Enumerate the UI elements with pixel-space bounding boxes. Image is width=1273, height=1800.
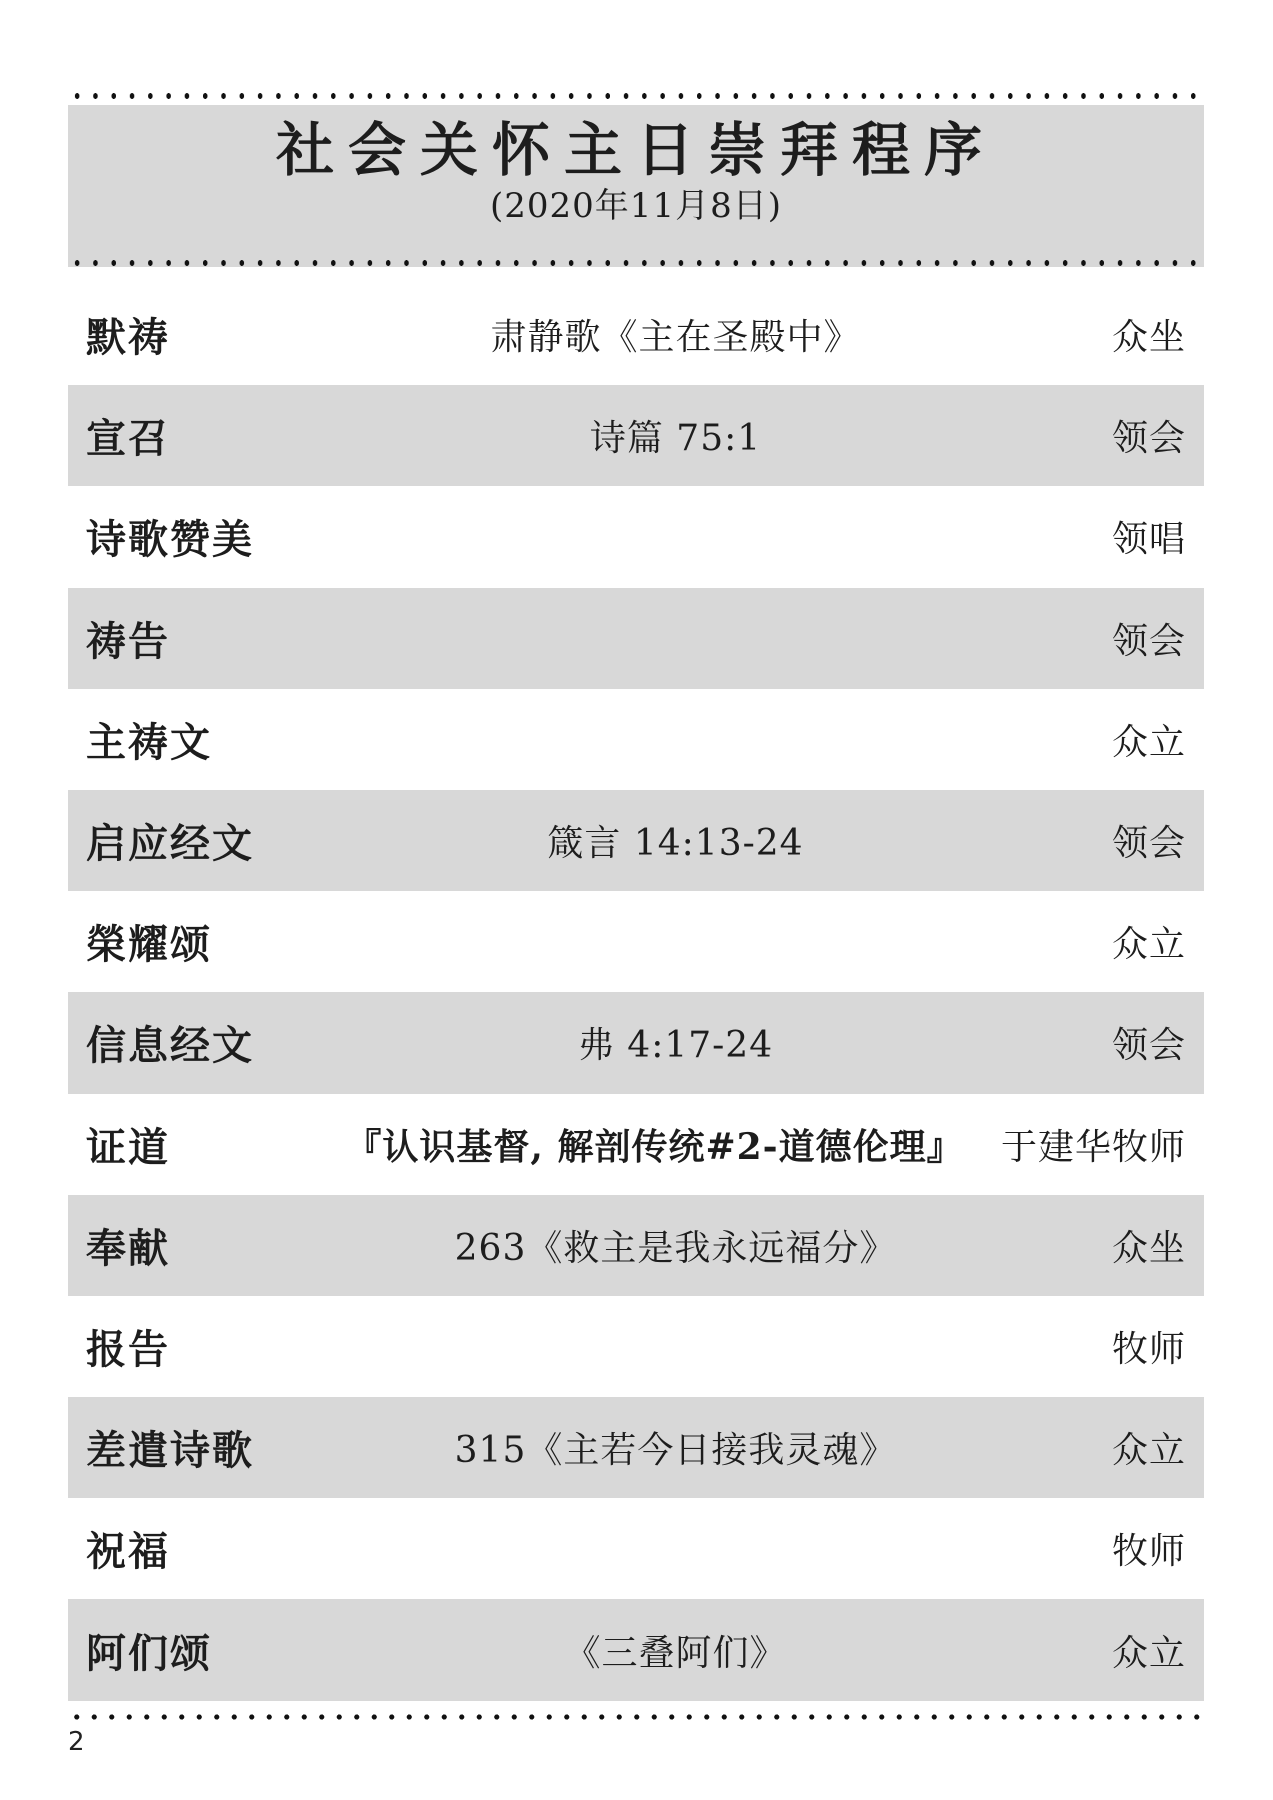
program-row: 启应经文 箴言 14:13-24 领会 [68, 790, 1204, 891]
program-item-label: 信息经文 [68, 1014, 308, 1071]
bulletin-page: 社会关怀主日崇拜程序 (2020年11月8日) 默祷 肃静歌《主在圣殿中》 众坐… [0, 0, 1273, 1800]
program-item-role: 众坐 [1043, 1220, 1204, 1271]
program-item-label: 报告 [68, 1318, 308, 1375]
footer-dotted-divider [68, 1713, 1204, 1721]
program-item-role: 于建华牧师 [1001, 1119, 1204, 1170]
program-item-role: 领会 [1043, 410, 1204, 461]
program-item-role: 众立 [1043, 1422, 1204, 1473]
program-item-label: 主祷文 [68, 711, 308, 768]
program-item-label: 差遣诗歌 [68, 1419, 308, 1476]
program-item-content: 《三叠阿们》 [308, 1625, 1043, 1676]
program-item-role: 众坐 [1043, 309, 1204, 360]
program-row: 证道 『认识基督, 解剖传统#2-道德伦理』 于建华牧师 [68, 1094, 1204, 1195]
program-row: 榮耀颂 众立 [68, 891, 1204, 992]
program-item-role: 牧师 [1043, 1523, 1204, 1574]
program-item-content: 肃静歌《主在圣殿中》 [308, 309, 1043, 360]
program-row: 主祷文 众立 [68, 689, 1204, 790]
program-item-role: 众立 [1043, 1625, 1204, 1676]
program-row: 奉献 263《救主是我永远福分》 众坐 [68, 1195, 1204, 1296]
program-item-role: 众立 [1043, 714, 1204, 765]
program-item-content: 『认识基督, 解剖传统#2-道德伦理』 [308, 1119, 1001, 1170]
program-row: 宣召 诗篇 75:1 领会 [68, 385, 1204, 486]
program-row: 默祷 肃静歌《主在圣殿中》 众坐 [68, 284, 1204, 385]
program-item-label: 祝福 [68, 1520, 308, 1577]
program-item-role: 领会 [1043, 815, 1204, 866]
service-date: (2020年11月8日) [490, 187, 782, 225]
header-dotted-divider-bottom [68, 259, 1204, 267]
program-row: 阿们颂 《三叠阿们》 众立 [68, 1599, 1204, 1700]
program-row: 祝福 牧师 [68, 1498, 1204, 1599]
program-item-content: 263《救主是我永远福分》 [308, 1220, 1043, 1271]
program-row: 差遣诗歌 315《主若今日接我灵魂》 众立 [68, 1397, 1204, 1498]
header-dotted-divider-top [68, 92, 1204, 100]
program-row: 报告 牧师 [68, 1296, 1204, 1397]
program-row: 诗歌赞美 领唱 [68, 486, 1204, 587]
program-item-role: 牧师 [1043, 1321, 1204, 1372]
program-item-role: 领唱 [1043, 511, 1204, 562]
program-item-label: 榮耀颂 [68, 913, 308, 970]
header-box: 社会关怀主日崇拜程序 (2020年11月8日) [68, 105, 1204, 267]
program-item-label: 祷告 [68, 610, 308, 667]
program-row: 祷告 领会 [68, 588, 1204, 689]
program-item-role: 领会 [1043, 1017, 1204, 1068]
program-item-content: 诗篇 75:1 [308, 410, 1043, 461]
program-row: 信息经文 弗 4:17-24 领会 [68, 992, 1204, 1093]
page-title: 社会关怀主日崇拜程序 [276, 117, 996, 183]
program-item-label: 证道 [68, 1116, 308, 1173]
program-item-content: 315《主若今日接我灵魂》 [308, 1422, 1043, 1473]
program-item-role: 领会 [1043, 613, 1204, 664]
page-number: 2 [68, 1727, 1204, 1757]
program-item-label: 奉献 [68, 1217, 308, 1274]
program-rows: 默祷 肃静歌《主在圣殿中》 众坐 宣召 诗篇 75:1 领会 诗歌赞美 领唱 祷… [68, 284, 1204, 1701]
program-item-content: 弗 4:17-24 [308, 1017, 1043, 1068]
program-item-label: 阿们颂 [68, 1622, 308, 1679]
program-item-label: 诗歌赞美 [68, 508, 308, 565]
program-item-content: 箴言 14:13-24 [308, 815, 1043, 866]
program-item-label: 启应经文 [68, 812, 308, 869]
program-item-label: 默祷 [68, 306, 308, 363]
program-item-role: 众立 [1043, 916, 1204, 967]
program-item-label: 宣召 [68, 407, 308, 464]
